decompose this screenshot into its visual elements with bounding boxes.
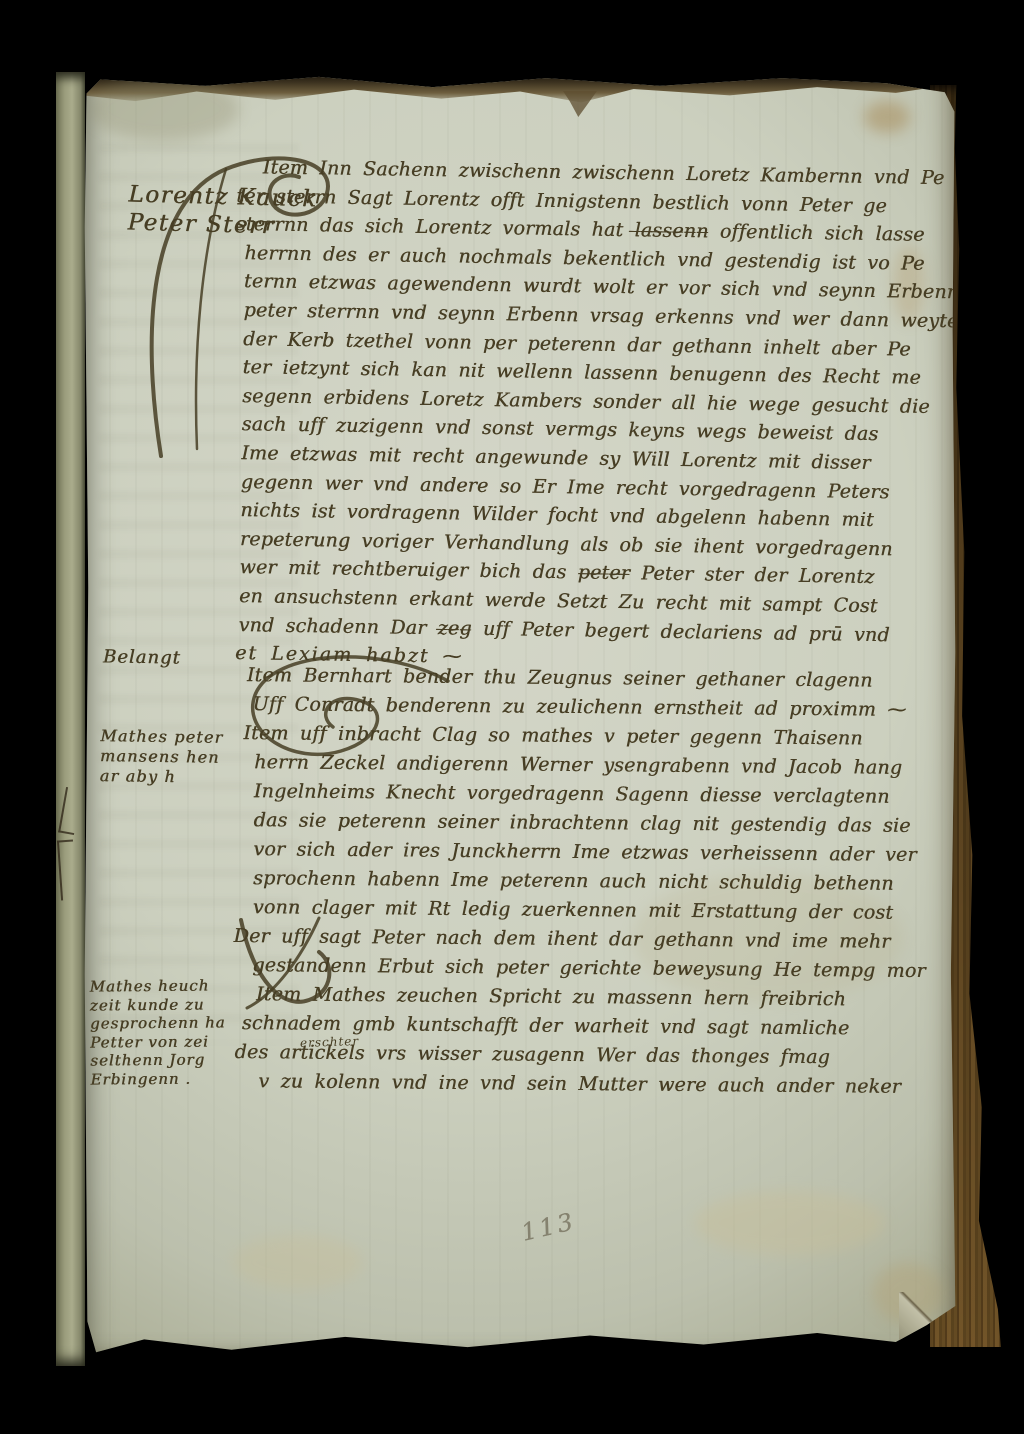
manuscript-line: v zu kolenn vnd ine vnd sein Mutter were…: [258, 1067, 925, 1102]
paper-stain: [864, 101, 910, 133]
manuscript-line: Mathes heuch: [90, 976, 226, 996]
page-number: 113: [519, 1207, 579, 1247]
interlinear-insertion: erschter: [300, 1034, 360, 1050]
manuscript-line: Belangt: [103, 646, 181, 668]
torn-top-edge-stain: [563, 91, 597, 117]
manuscript-line: Petter von zei: [90, 1032, 226, 1052]
book-spine-edge: [56, 72, 85, 1366]
spine-ink-mark: [58, 787, 82, 835]
spine-ink-mark: [57, 840, 77, 901]
manuscript-line: selthenn Jorg: [90, 1051, 226, 1071]
manuscript-line: Erbingenn .: [90, 1069, 226, 1089]
photograph-background: Lorentz KauckPeter Sterr Belangt Mathes …: [0, 0, 1024, 1434]
manuscript-line: mansens hen: [100, 746, 223, 768]
margin-note-belangt: Belangt: [103, 646, 181, 668]
margin-note-mathes-peter: Mathes petermansens henar aby h: [100, 726, 224, 788]
manuscript-page: Lorentz KauckPeter Sterr Belangt Mathes …: [83, 73, 957, 1360]
manuscript-line: ar aby h: [100, 766, 223, 788]
margin-note-mathes-heuch: Mathes heuchzeit kunde zugesprochenn haP…: [90, 976, 227, 1089]
manuscript-line: zeit kunde zu: [90, 995, 226, 1015]
manuscript-line: Mathes peter: [100, 726, 223, 748]
main-text-block-1: Item Inn Sachenn zwischenn zwischenn Lor…: [229, 153, 970, 679]
paper-stain: [695, 1191, 885, 1255]
paper-stain: [233, 1235, 363, 1289]
manuscript-line: gesprochenn ha: [90, 1014, 226, 1034]
